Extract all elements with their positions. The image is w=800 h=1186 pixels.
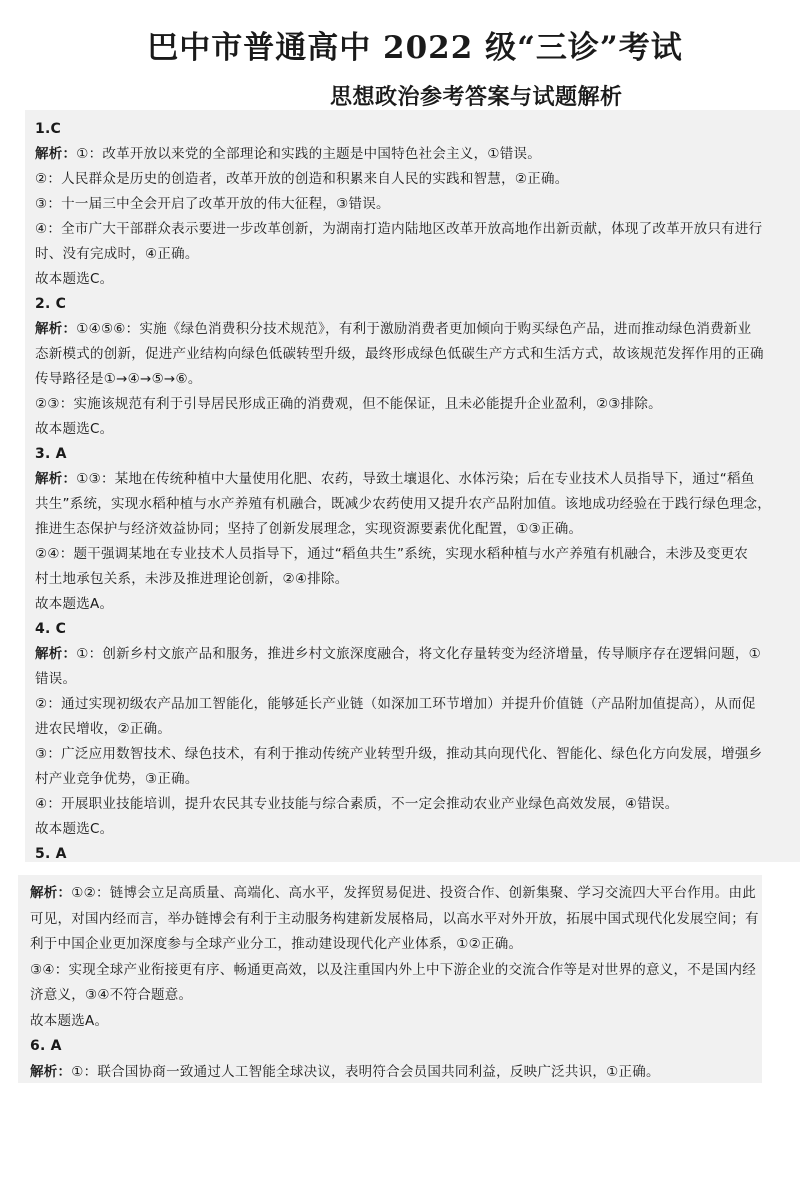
explanation-line: 传导路径是①→④→⑤→⑥。: [35, 367, 790, 392]
explanation-line: 时、没有完成时，④正确。: [35, 242, 790, 267]
explanation-line: ②③：实施该规范有利于引导居民形成正确的消费观，但不能保证，且未必能提升企业盈利…: [35, 392, 790, 417]
document-page: { "header": { "title": "巴中市普通高中 2022 级“三…: [0, 0, 800, 1186]
explanation-line: 解析：①②：链博会立足高质量、高端化、高水平，发挥贸易促进、投资合作、创新集聚、…: [30, 881, 750, 907]
analysis-label: 解析：: [35, 146, 76, 162]
answer-number-line: 5. A: [35, 842, 790, 862]
explanation-line: 故本题选A。: [30, 1009, 750, 1035]
explanation-line: 态新模式的创新，促进产业结构向绿色低碳转型升级，最终形成绿色低碳生产方式和生活方…: [35, 342, 790, 367]
exam-title: 巴中市普通高中 2022 级“三诊”考试: [0, 22, 800, 67]
explanation-line: ②④：题干强调某地在专业技术人员指导下，通过“稻鱼共生”系统，实现水稻种植与水产…: [35, 542, 790, 567]
explanation-line: ③④：实现全球产业衔接更有序、畅通更高效，以及注重国内外上中下游企业的交流合作等…: [30, 958, 750, 984]
explanation-line: 村土地承包关系，未涉及推进理论创新，②④排除。: [35, 567, 790, 592]
explanation-line: ③：十一届三中全会开启了改革开放的伟大征程，③错误。: [35, 192, 790, 217]
explanation-line: 村产业竞争优势，③正确。: [35, 767, 790, 792]
explanation-line: 故本题选A。: [35, 592, 790, 617]
answer-number-line: 4. C: [35, 617, 790, 642]
analysis-label: 解析：: [35, 646, 76, 662]
explanation-line: ②：通过实现初级农产品加工智能化，能够延长产业链（如深加工环节增加）并提升价值链…: [35, 692, 790, 717]
answer-number-line: 2. C: [35, 292, 790, 317]
answer-block-1: 1.C解析：①：改革开放以来党的全部理论和实践的主题是中国特色社会主义，①错误。…: [25, 110, 800, 862]
explanation-line: 错误。: [35, 667, 790, 692]
answer-block-2: 解析：①②：链博会立足高质量、高端化、高水平，发挥贸易促进、投资合作、创新集聚、…: [18, 875, 762, 1083]
answer-number-line: 1.C: [35, 117, 790, 142]
answer-number-line: 3. A: [35, 442, 790, 467]
explanation-line: 推进生态保护与经济效益协同；坚持了创新发展理念，实现资源要素优化配置，①③正确。: [35, 517, 790, 542]
explanation-line: ④：全市广大干部群众表示要进一步改革创新，为湖南打造内陆地区改革开放高地作出新贡…: [35, 217, 790, 242]
explanation-line: ②：人民群众是历史的创造者，改革开放的创造和积累来自人民的实践和智慧，②正确。: [35, 167, 790, 192]
explanation-line: 解析：①：改革开放以来党的全部理论和实践的主题是中国特色社会主义，①错误。: [35, 142, 790, 167]
analysis-label: 解析：: [30, 1064, 71, 1080]
explanation-line: 进农民增收，②正确。: [35, 717, 790, 742]
explanation-line: 解析：①：联合国协商一致通过人工智能全球决议，表明符合会员国共同利益，反映广泛共…: [30, 1060, 750, 1084]
analysis-label: 解析：: [30, 885, 71, 901]
analysis-label: 解析：: [35, 471, 76, 487]
explanation-line: 解析：①④⑤⑥：实施《绿色消费积分技术规范》，有利于激励消费者更加倾向于购买绿色…: [35, 317, 790, 342]
exam-subtitle: 思想政治参考答案与试题解析: [330, 80, 623, 111]
explanation-line: 共生”系统，实现水稻种植与水产养殖有机融合，既减少农药使用又提升农产品附加值。该…: [35, 492, 790, 517]
explanation-line: 可见，对国内经而言，举办链博会有利于主动服务构建新发展格局，以高水平对外开放，拓…: [30, 907, 750, 933]
explanation-line: 解析：①③：某地在传统种植中大量使用化肥、农药，导致土壤退化、水体污染；后在专业…: [35, 467, 790, 492]
explanation-line: 故本题选C。: [35, 267, 790, 292]
analysis-label: 解析：: [35, 321, 76, 337]
explanation-line: 解析：①：创新乡村文旅产品和服务，推进乡村文旅深度融合，将文化存量转变为经济增量…: [35, 642, 790, 667]
explanation-line: 利于中国企业更加深度参与全球产业分工，推动建设现代化产业体系，①②正确。: [30, 932, 750, 958]
answer-number-line: 6. A: [30, 1034, 750, 1060]
explanation-line: ③：广泛应用数智技术、绿色技术，有利于推动传统产业转型升级，推动其向现代化、智能…: [35, 742, 790, 767]
explanation-line: ④：开展职业技能培训，提升农民其专业技能与综合素质，不一定会推动农业产业绿色高效…: [35, 792, 790, 817]
explanation-line: 故本题选C。: [35, 817, 790, 842]
explanation-line: 故本题选C。: [35, 417, 790, 442]
explanation-line: 济意义，③④不符合题意。: [30, 983, 750, 1009]
